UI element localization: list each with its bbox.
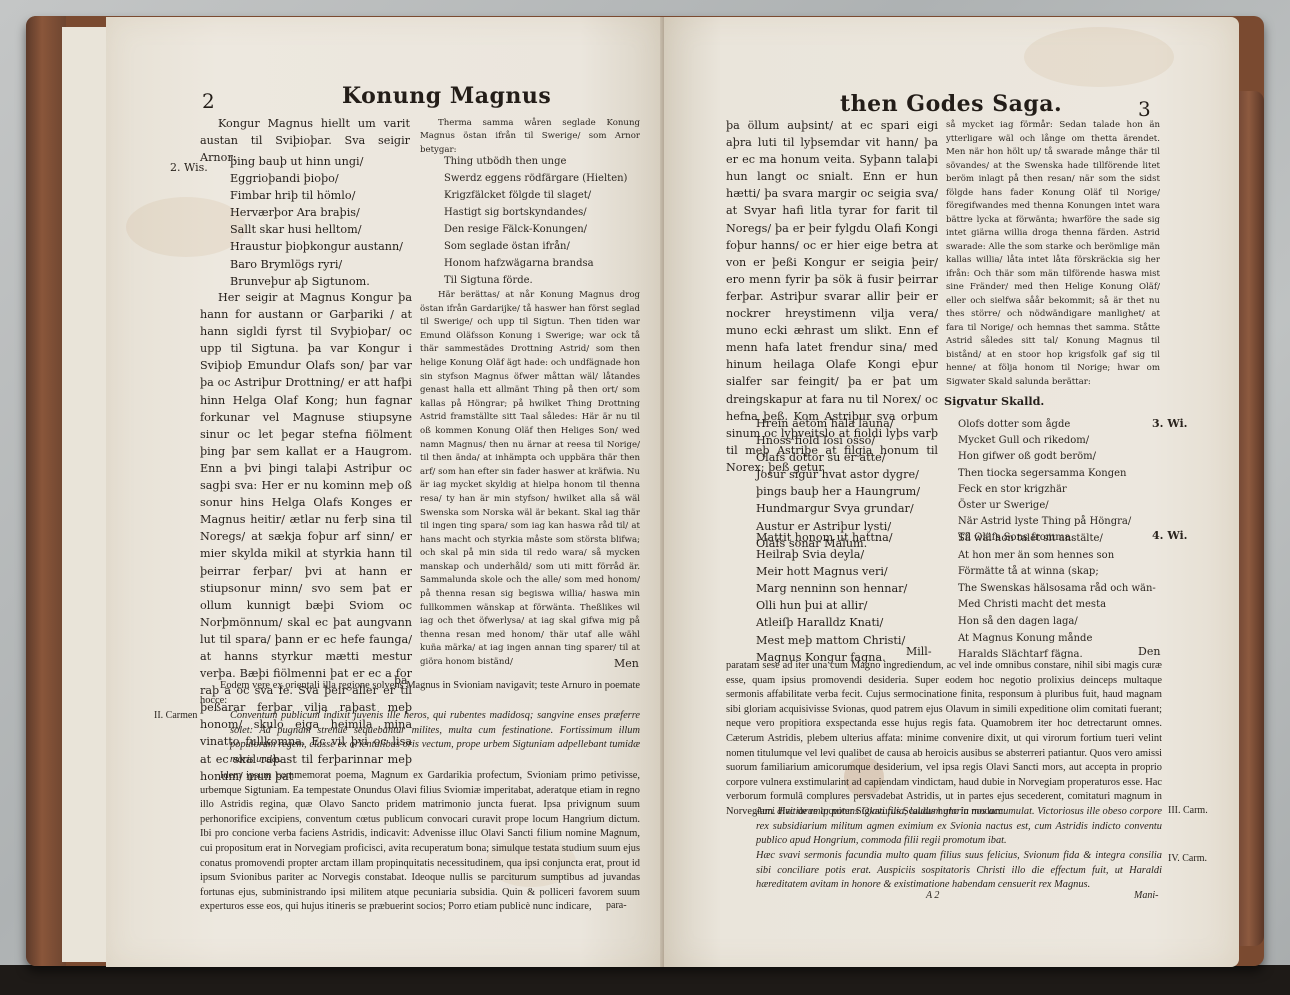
latin-carmen: Conventum publicum indixit juvenis ille … [230, 709, 640, 767]
paper-stain [1024, 27, 1174, 87]
verse-line: þings bauþ her a Haungrum/ [756, 483, 920, 500]
verse-line: At hon mer än som hennes son [958, 548, 1156, 565]
latin-carmen-4: Hæc svavi sermonis facundia multo quam f… [756, 849, 1162, 893]
carmen-text: Hæc svavi sermonis facundia multo quam f… [756, 849, 1162, 893]
verse4-norse: Mattit honom ut hattna/ Heilraþ Svia dey… [756, 529, 907, 666]
latin-text: Eodem vere ex orientali illa regione sol… [200, 679, 640, 708]
right-page: then Godes Saga. 3 þa öllum auþsint/ at … [664, 17, 1239, 967]
left-col2: Therma samma wåren seglade Konung Magnus… [420, 117, 640, 157]
carmen-text: Conventum publicum indixit juvenis ille … [230, 709, 640, 767]
margin-label: III. Carm. [1168, 805, 1208, 816]
verse4-swedish: Så wäl hon talet sit anstälte/ At hon me… [958, 531, 1156, 664]
verse-line: Brunveþur aþ Sigtunom. [230, 273, 420, 290]
verse-line: Honom hafzwägarna brandsa [444, 255, 654, 272]
verse-line: Olofs dotter som ågde [958, 417, 1131, 433]
verse-line: Til Sigtuna förde. [444, 272, 654, 289]
verse-line: Mest meþ mattom Christi/ [756, 632, 907, 649]
verse-line: Sallt skar husi helltom/ [230, 221, 420, 238]
verse-line: Den resige Fälck-Konungen/ [444, 221, 654, 238]
margin-label: IV. Carm. [1168, 853, 1207, 864]
verse-line: Förmätte tå at winna (skap; [958, 564, 1156, 581]
verse-line: Meir hott Magnus veri/ [756, 563, 907, 580]
margin-label: 2. Wis. [170, 161, 208, 174]
dark-floor-edge [0, 965, 1290, 995]
verse-line: Atleiſþ Haralldz Knati/ [756, 614, 907, 631]
verse-line: Herværþor Ara braþis/ [230, 204, 420, 221]
catchword: Den [1138, 645, 1160, 658]
verse-line: Hrein aetom hala launa/ [756, 415, 920, 432]
left-page: 2 Konung Magnus Kongur Magnus hiellt um … [106, 17, 664, 967]
verse-line: Fimbar hriþ til hömlo/ [230, 187, 420, 204]
verse-line: Hnoss fiold losi osso/ [756, 432, 920, 449]
verse-line: Marg nenninn son hennar/ [756, 580, 907, 597]
verse-line: Olafs dottor su er atte/ [756, 449, 920, 466]
running-head: Konung Magnus [342, 83, 551, 109]
paper-stain [126, 197, 246, 257]
right-col2: så mycket iag förmår: Sedan talade hon ä… [946, 119, 1160, 389]
verse-line: Hon gifwer oß godt beröm/ [958, 449, 1131, 465]
norse-verse: þing bauþ ut hinn ungi/ Eggrioþandi þioþ… [230, 153, 420, 290]
catchword: Men [614, 657, 639, 670]
verse-line: Hraustur þioþkongur austann/ [230, 238, 420, 255]
verse-line: Baro Brymlögs ryri/ [230, 256, 420, 273]
signature-mark: A 2 [926, 890, 939, 901]
verse-line: När Astrid lyste Thing på Höngra/ [958, 514, 1131, 530]
swedish-prose: Här berättas/ at når Konung Magnus drog … [420, 289, 640, 670]
carmen-text: Auri divitiarumq; potens Olavi filia, la… [756, 805, 1162, 849]
verse-line: Öster ur Swerige/ [958, 498, 1131, 514]
latin-text: Idem ipsum commemorat poema, Magnum ex G… [200, 769, 640, 915]
margin-label: 4. Wi. [1152, 529, 1187, 542]
verse-line: The Swenskas hälsosama råd och wän- [958, 581, 1156, 598]
verse-line: Heilraþ Svia deyla/ [756, 546, 907, 563]
verse-line: Eggrioþandi þioþo/ [230, 170, 420, 187]
verse-line: Som seglade östan ifrån/ [444, 238, 654, 255]
verse-line: þing bauþ ut hinn ungi/ [230, 153, 420, 170]
latin-text: paratam sese ad iter una cum Magno ingre… [726, 659, 1162, 820]
verse-line: Thing utbödh then unge [444, 153, 654, 170]
verse-line: Then tiocka segersamma Kongen [958, 466, 1131, 482]
verse-line: Mycket Gull och rikedom/ [958, 433, 1131, 449]
catchword: para- [606, 900, 627, 911]
latin-carmen-3: Auri divitiarumq; potens Olavi filia, la… [756, 805, 1162, 849]
page-number: 2 [202, 89, 215, 113]
verse-line: Med Christi macht det mesta [958, 597, 1156, 614]
catchword: Mill- [906, 645, 932, 658]
verse-line: Feck en stor krigzhär [958, 482, 1131, 498]
margin-label: II. Carmen [154, 710, 197, 721]
verse3-swedish: Olofs dotter som ågde Mycket Gull och ri… [958, 417, 1131, 547]
verse-line: Så wäl hon talet sit anstälte/ [958, 531, 1156, 548]
page-number: 3 [1138, 97, 1151, 121]
swedish-verse: Thing utbödh then unge Swerdz eggens röd… [444, 153, 654, 289]
intro-text: Therma samma wåren seglade Konung Magnus… [420, 117, 640, 157]
margin-label: 3. Wi. [1152, 417, 1187, 430]
running-head: then Godes Saga. [840, 91, 1062, 117]
verse-line: Krigzfälcket fölgde til slaget/ [444, 187, 654, 204]
verse-line: Swerdz eggens rödfärgare (Hielten) [444, 170, 654, 187]
latin-paragraph: Idem ipsum commemorat poema, Magnum ex G… [200, 769, 640, 915]
latin-paragraph: Eodem vere ex orientali illa regione sol… [200, 679, 640, 708]
prose-paragraph: så mycket iag förmår: Sedan talade hon ä… [946, 119, 1160, 389]
cover-left-board [26, 16, 66, 966]
verse-line: Josur sigur hvat astor dygre/ [756, 466, 920, 483]
verse-line: At Magnus Konung månde [958, 631, 1156, 648]
verse-line: Hon så den dagen laga/ [958, 614, 1156, 631]
section-heading: Sigvatur Skalld. [944, 393, 1044, 410]
catchword: Mani- [1134, 890, 1158, 901]
verse-line: Hundmargur Svya grundar/ [756, 500, 920, 517]
prose-paragraph: Här berättas/ at når Konung Magnus drog … [420, 289, 640, 670]
verse-line: Olli hun þui at allir/ [756, 597, 907, 614]
verse-line: Mattit honom ut hattna/ [756, 529, 907, 546]
latin-paragraph: paratam sese ad iter una cum Magno ingre… [726, 659, 1162, 820]
verse-line: Hastigt sig bortskyndandes/ [444, 204, 654, 221]
